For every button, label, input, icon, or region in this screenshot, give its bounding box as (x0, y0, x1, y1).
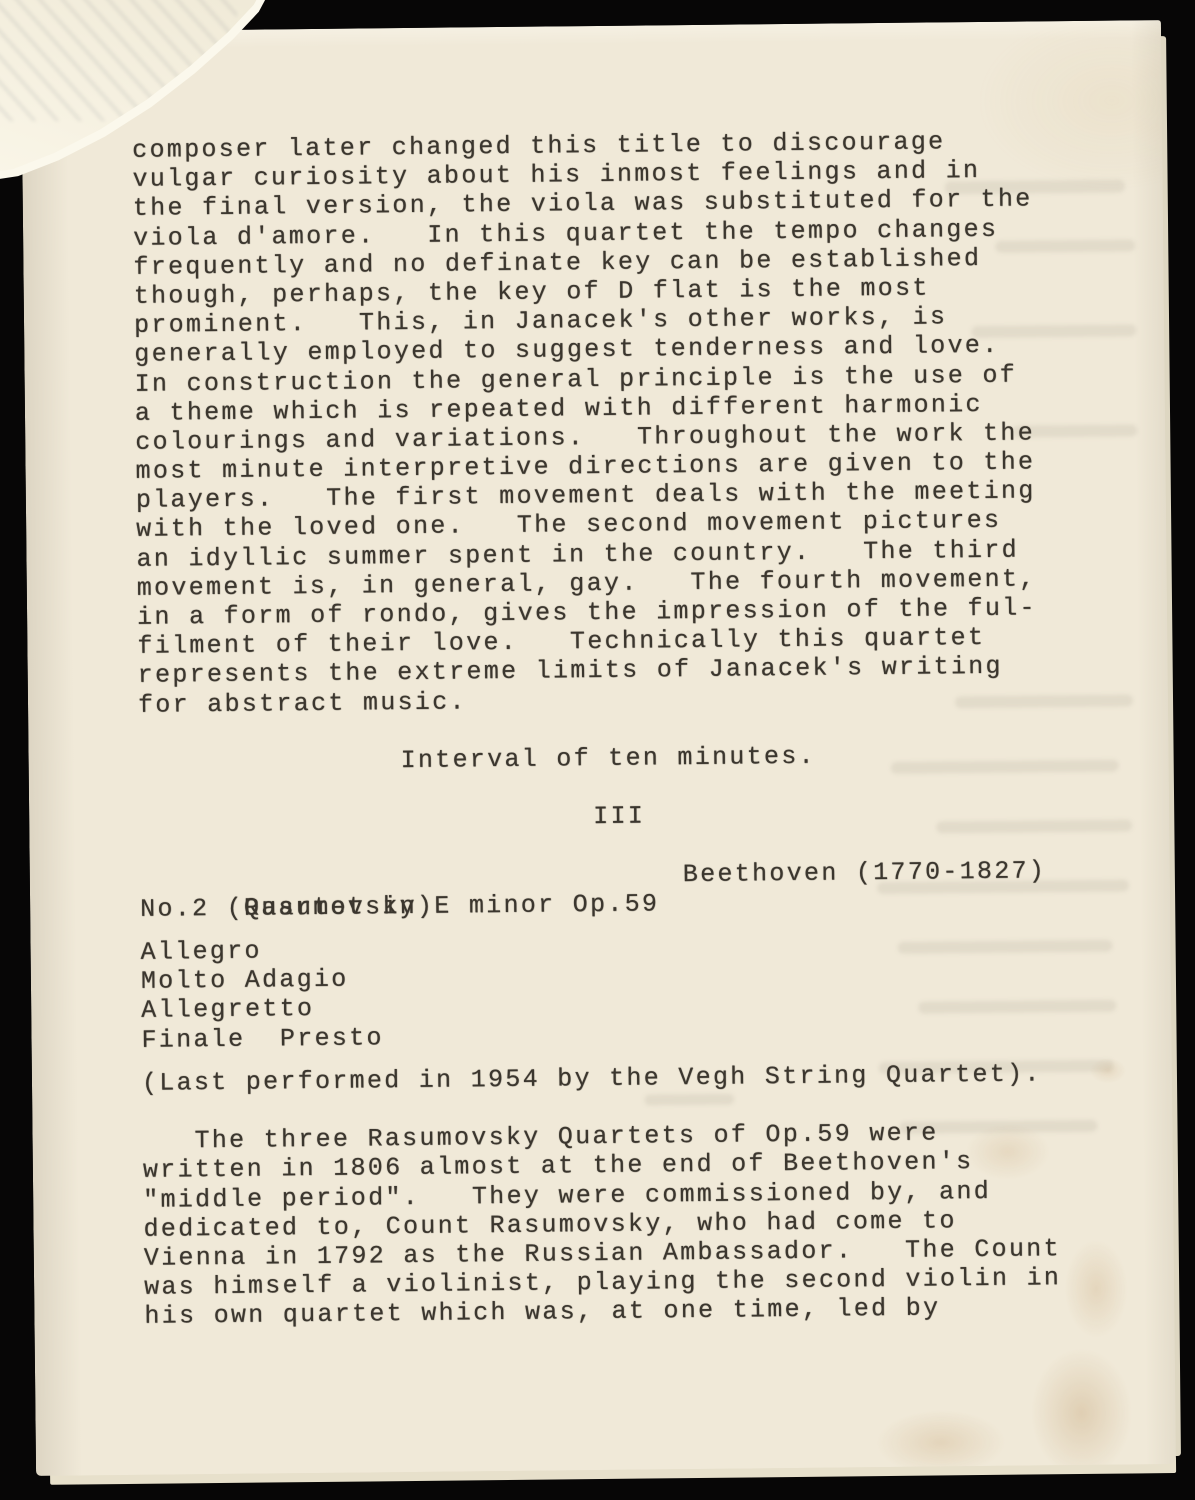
movements-list: AllegroMolto AdagioAllegrettoFinale Pres… (140, 927, 1171, 1055)
photo-background: { "page": { "background_color": "#070606… (0, 0, 1195, 1500)
tilted-page-scene: composer later changed this title to dis… (0, 0, 1195, 1500)
paragraph-1: composer later changed this title to dis… (132, 125, 1168, 720)
composer-name: Beethoven (1770-1827) (683, 856, 1047, 889)
typewritten-text: composer later changed this title to dis… (21, 20, 1175, 1332)
paragraph-2: The three Rasumovsky Quartets of Op.59 w… (142, 1116, 1174, 1331)
work-title: Quartet in E minor Op.59 (244, 889, 660, 922)
